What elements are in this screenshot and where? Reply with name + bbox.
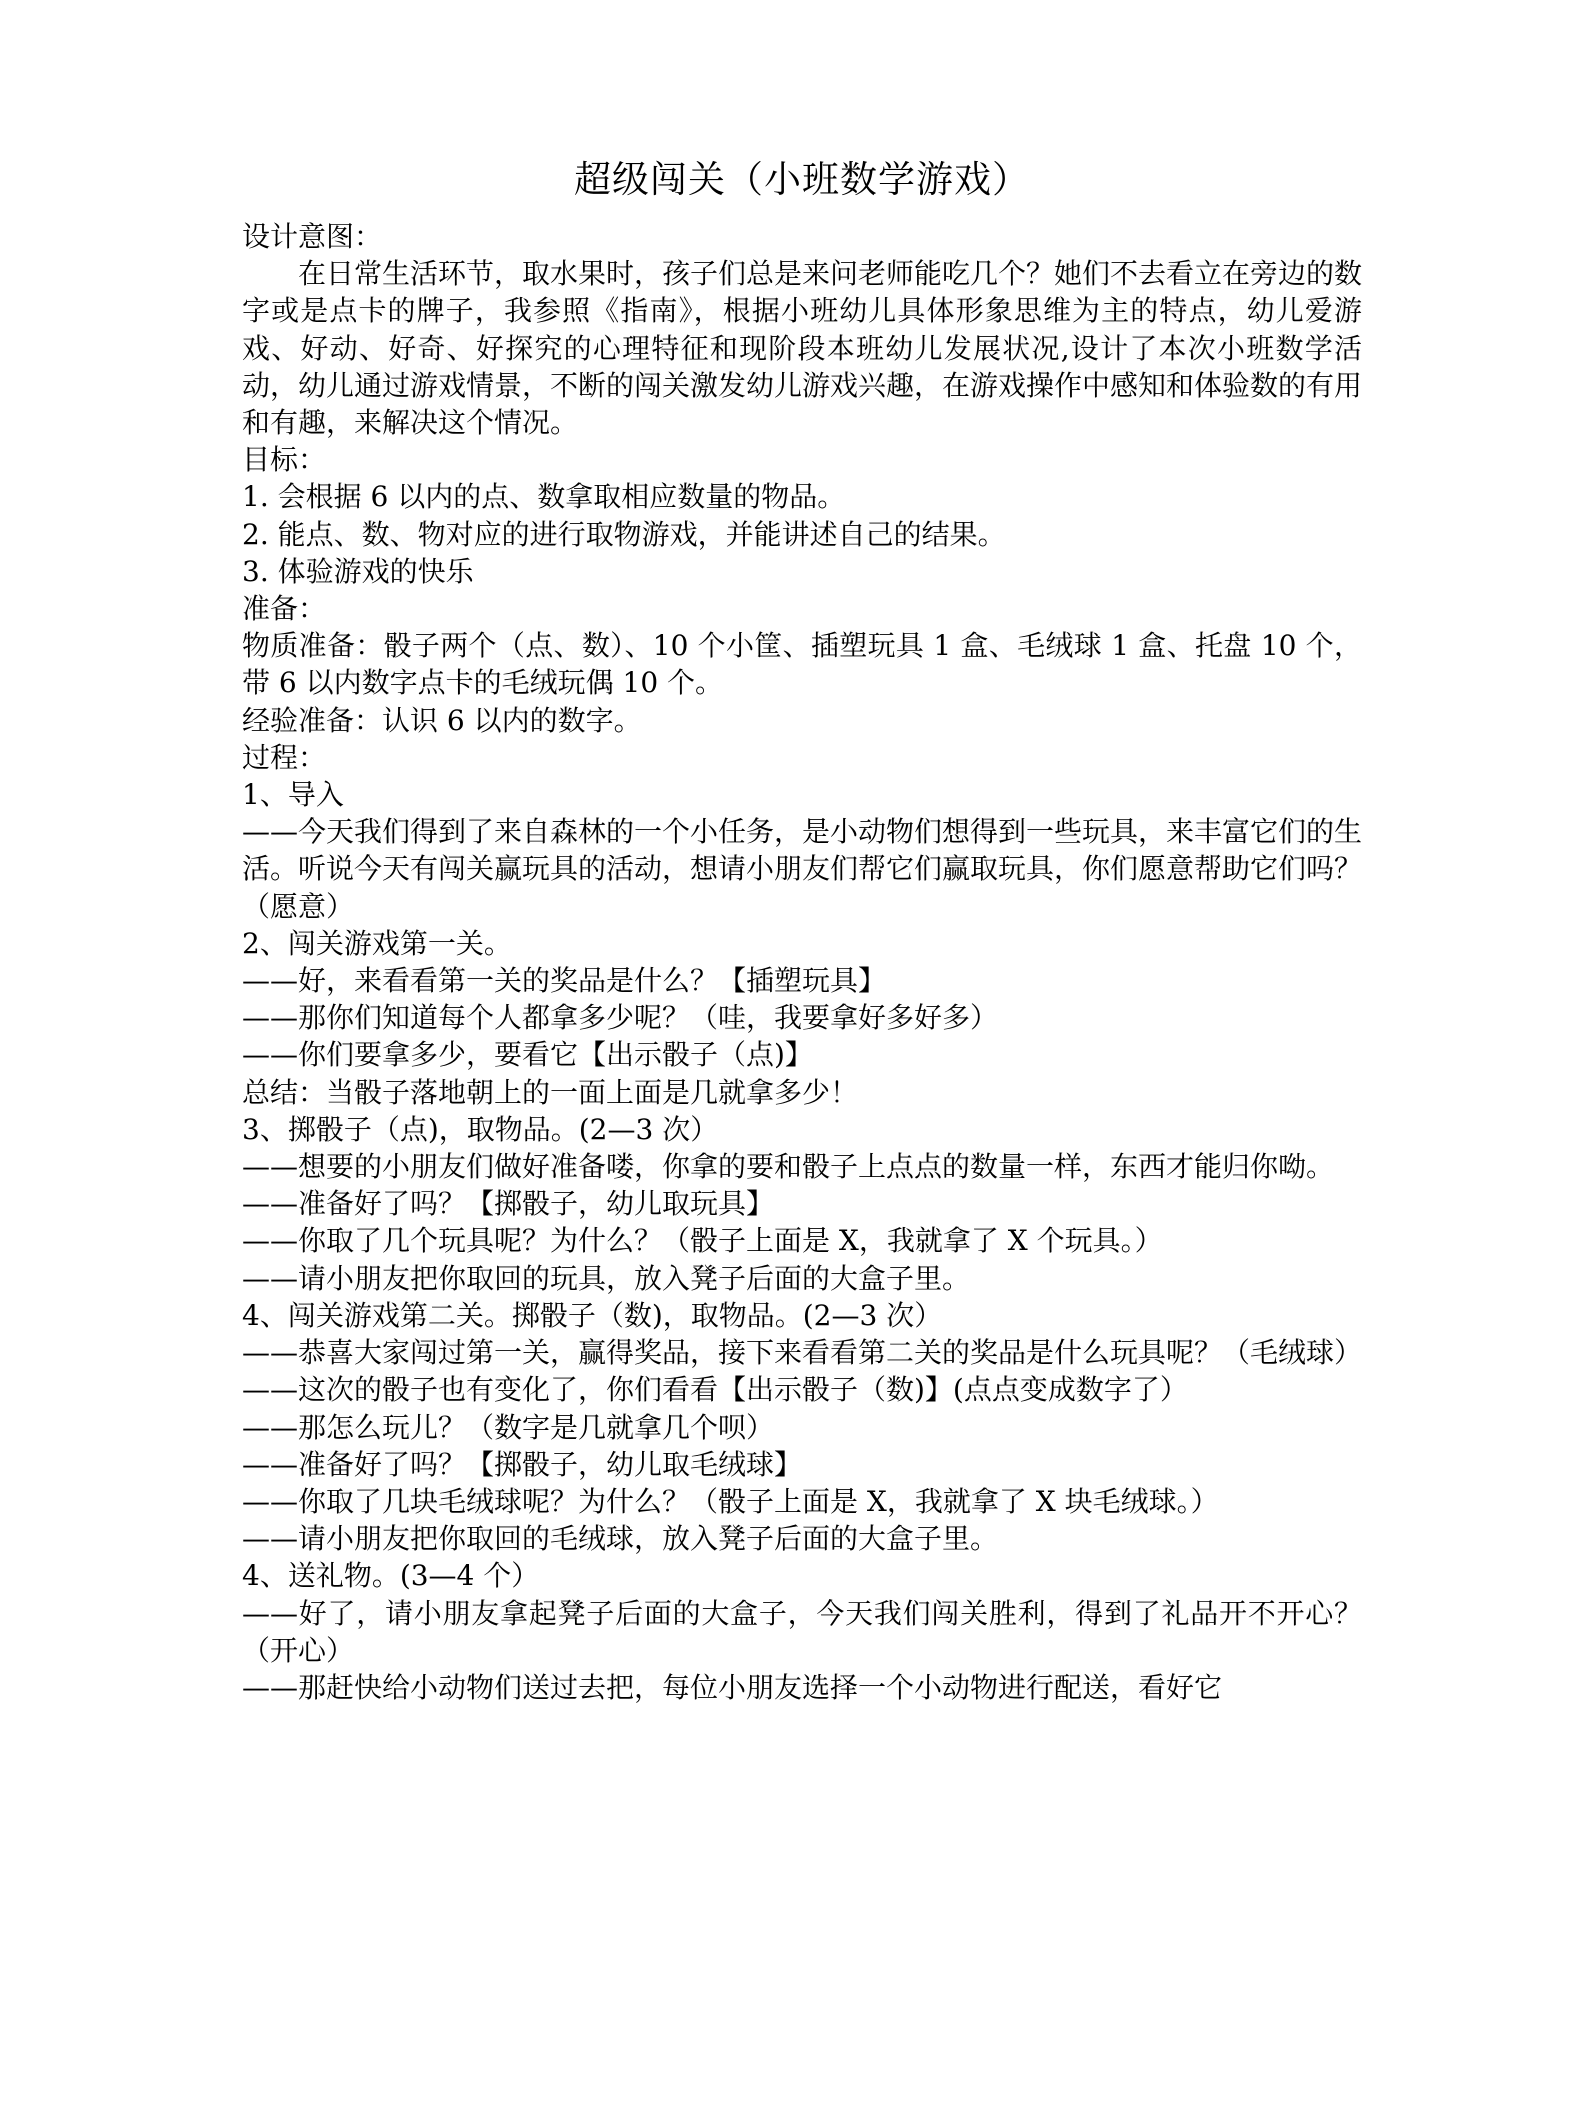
preparation-heading: 准备： [242, 590, 1362, 627]
document-title: 超级闯关（小班数学游戏） [242, 150, 1362, 210]
experience-preparation: 经验准备：认识 6 以内的数字。 [242, 702, 1362, 739]
process-step-heading: 4、送礼物。(3—4 个） [242, 1557, 1362, 1594]
process-dialogue: ——今天我们得到了来自森林的一个小任务，是小动物们想得到一些玩具，来丰富它们的生… [242, 813, 1362, 925]
process-step-heading: 3、掷骰子（点)，取物品。(2—3 次） [242, 1111, 1362, 1148]
process-dialogue: ——好，来看看第一关的奖品是什么？【插塑玩具】 [242, 962, 1362, 999]
process-dialogue: ——准备好了吗？【掷骰子，幼儿取玩具】 [242, 1185, 1362, 1222]
goal-item: 2. 能点、数、物对应的进行取物游戏，并能讲述自己的结果。 [242, 516, 1362, 553]
process-step-heading: 1、导入 [242, 776, 1362, 813]
process-dialogue: ——好了，请小朋友拿起凳子后面的大盒子，今天我们闯关胜利，得到了礼品开不开心？（… [242, 1595, 1362, 1669]
process-dialogue: ——那赶快给小动物们送过去把，每位小朋友选择一个小动物进行配送，看好它 [242, 1669, 1362, 1706]
document-page: 超级闯关（小班数学游戏） 设计意图： 在日常生活环节，取水果时，孩子们总是来问老… [242, 150, 1362, 1706]
process-dialogue: ——想要的小朋友们做好准备喽，你拿的要和骰子上点点的数量一样，东西才能归你呦。 [242, 1148, 1362, 1185]
process-step-heading: 4、闯关游戏第二关。掷骰子（数)，取物品。(2—3 次） [242, 1297, 1362, 1334]
process-dialogue: ——你取了几个玩具呢？为什么？（骰子上面是 X，我就拿了 X 个玩具。） [242, 1222, 1362, 1259]
process-dialogue: ——这次的骰子也有变化了，你们看看【出示骰子（数)】(点点变成数字了） [242, 1371, 1362, 1408]
design-intent-body: 在日常生活环节，取水果时，孩子们总是来问老师能吃几个？她们不去看立在旁边的数字或… [242, 255, 1362, 441]
process-dialogue: ——那你们知道每个人都拿多少呢？（哇，我要拿好多好多） [242, 999, 1362, 1036]
process-dialogue: ——你们要拿多少，要看它【出示骰子（点)】 [242, 1036, 1362, 1073]
process-dialogue: ——请小朋友把你取回的毛绒球，放入凳子后面的大盒子里。 [242, 1520, 1362, 1557]
process-dialogue: ——你取了几块毛绒球呢？为什么？（骰子上面是 X，我就拿了 X 块毛绒球。） [242, 1483, 1362, 1520]
design-intent-heading: 设计意图： [242, 218, 1362, 255]
process-step-heading: 2、闯关游戏第一关。 [242, 925, 1362, 962]
process-heading: 过程： [242, 739, 1362, 776]
material-preparation: 物质准备：骰子两个（点、数）、10 个小筐、插塑玩具 1 盒、毛绒球 1 盒、托… [242, 627, 1362, 701]
process-dialogue: ——准备好了吗？【掷骰子，幼儿取毛绒球】 [242, 1446, 1362, 1483]
process-dialogue: ——恭喜大家闯过第一关，赢得奖品，接下来看看第二关的奖品是什么玩具呢？（毛绒球） [242, 1334, 1362, 1371]
goal-item: 1. 会根据 6 以内的点、数拿取相应数量的物品。 [242, 478, 1362, 515]
process-summary: 总结：当骰子落地朝上的一面上面是几就拿多少！ [242, 1074, 1362, 1111]
goal-item: 3. 体验游戏的快乐 [242, 553, 1362, 590]
goals-heading: 目标： [242, 441, 1362, 478]
process-dialogue: ——那怎么玩儿？（数字是几就拿几个呗） [242, 1409, 1362, 1446]
process-dialogue: ——请小朋友把你取回的玩具，放入凳子后面的大盒子里。 [242, 1260, 1362, 1297]
